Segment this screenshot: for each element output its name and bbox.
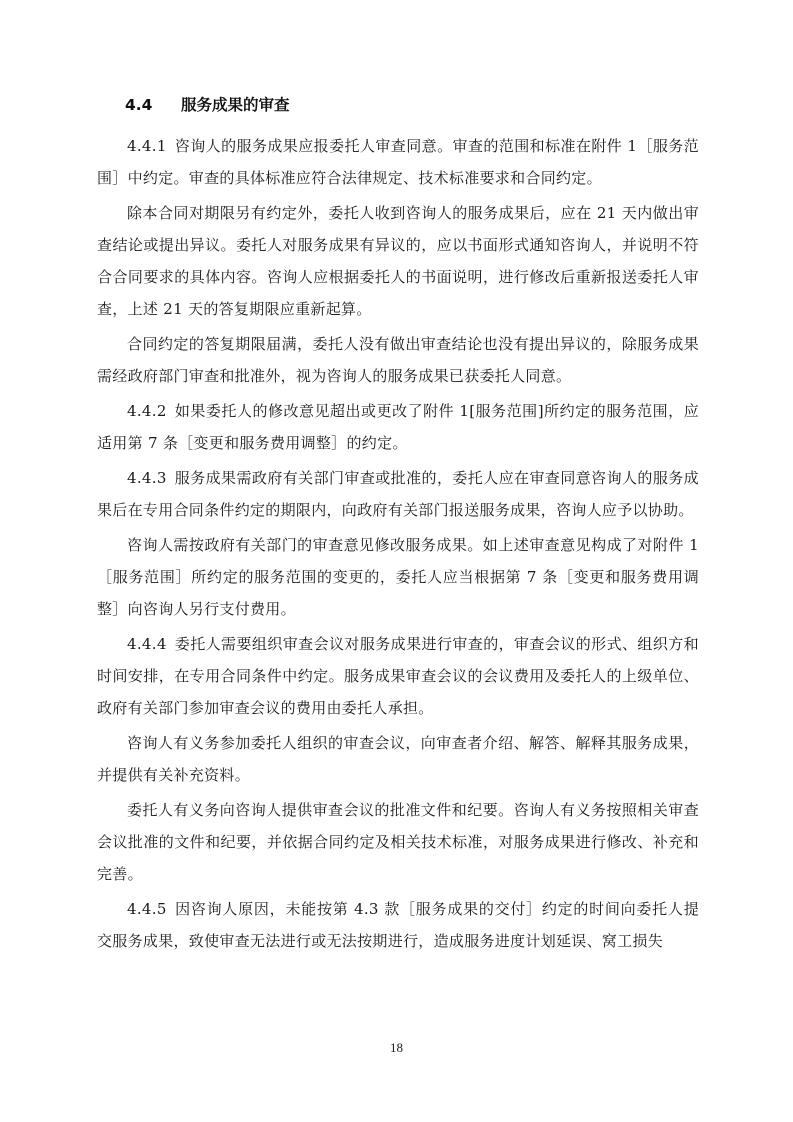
clause-4-4-3-paragraph: 4.4.3服务成果需政府有关部门审查或批准的，委托人应在审查同意咨询人的服务成果… (97, 462, 699, 526)
document-page: 4.4服务成果的审查 4.4.1咨询人的服务成果应报委托人审查同意。审查的范围和… (97, 92, 699, 960)
clause-4-4-5-paragraph: 4.4.5因咨询人原因，未能按第 4.3 款［服务成果的交付］约定的时间向委托人… (97, 893, 699, 957)
clause-4-4-4-paragraph: 4.4.4委托人需要组织审查会议对服务成果进行审查的，审查会议的形式、组织方和时… (97, 628, 699, 724)
clause-number: 4.4.3 (127, 469, 167, 487)
review-period-paragraph: 除本合同对期限另有约定外，委托人收到咨询人的服务成果后，应在 21 天内做出审查… (97, 197, 699, 325)
paragraph-text: 除本合同对期限另有约定外，委托人收到咨询人的服务成果后，应在 21 天内做出审查… (97, 204, 699, 318)
paragraph-text: 服务成果需政府有关部门审查或批准的，委托人应在审查同意咨询人的服务成果后在专用合… (97, 469, 699, 519)
paragraph-text: 委托人有义务向咨询人提供审查会议的批准文件和纪要。咨询人有义务按照相关审查会议批… (97, 801, 699, 883)
government-review-changes-paragraph: 咨询人需按政府有关部门的审查意见修改服务成果。如上述审查意见构成了对附件 1［服… (97, 529, 699, 625)
clause-4-4-1-paragraph: 4.4.1咨询人的服务成果应报委托人审查同意。审查的范围和标准在附件 1［服务范… (97, 130, 699, 194)
page-footer: 18 (0, 1040, 793, 1056)
section-number: 4.4 (125, 92, 181, 118)
client-obligation-paragraph: 委托人有义务向咨询人提供审查会议的批准文件和纪要。咨询人有义务按照相关审查会议批… (97, 794, 699, 890)
paragraph-text: 如果委托人的修改意见超出或更改了附件 1[服务范围]所约定的服务范围，应适用第 … (97, 402, 699, 452)
clause-number: 4.4.5 (127, 900, 167, 918)
paragraph-text: 委托人需要组织审查会议对服务成果进行审查的，审查会议的形式、组织方和时间安排，在… (97, 635, 699, 717)
section-heading: 4.4服务成果的审查 (97, 92, 699, 118)
clause-number: 4.4.1 (127, 137, 167, 155)
paragraph-text: 咨询人的服务成果应报委托人审查同意。审查的范围和标准在附件 1［服务范围］中约定… (97, 137, 699, 187)
page-number: 18 (390, 1040, 403, 1055)
paragraph-text: 因咨询人原因，未能按第 4.3 款［服务成果的交付］约定的时间向委托人提交服务成… (97, 900, 699, 950)
clause-number: 4.4.4 (127, 635, 167, 653)
clause-number: 4.4.2 (127, 402, 167, 420)
paragraph-text: 咨询人有义务参加委托人组织的审查会议，向审查者介绍、解答、解释其服务成果，并提供… (97, 734, 699, 784)
section-title: 服务成果的审查 (181, 96, 290, 114)
paragraph-text: 咨询人需按政府有关部门的审查意见修改服务成果。如上述审查意见构成了对附件 1［服… (97, 536, 699, 618)
consultant-attendance-paragraph: 咨询人有义务参加委托人组织的审查会议，向审查者介绍、解答、解释其服务成果，并提供… (97, 727, 699, 791)
clause-4-4-2-paragraph: 4.4.2如果委托人的修改意见超出或更改了附件 1[服务范围]所约定的服务范围，… (97, 395, 699, 459)
deemed-approval-paragraph: 合同约定的答复期限届满，委托人没有做出审查结论也没有提出异议的，除服务成果需经政… (97, 328, 699, 392)
paragraph-text: 合同约定的答复期限届满，委托人没有做出审查结论也没有提出异议的，除服务成果需经政… (97, 335, 699, 385)
